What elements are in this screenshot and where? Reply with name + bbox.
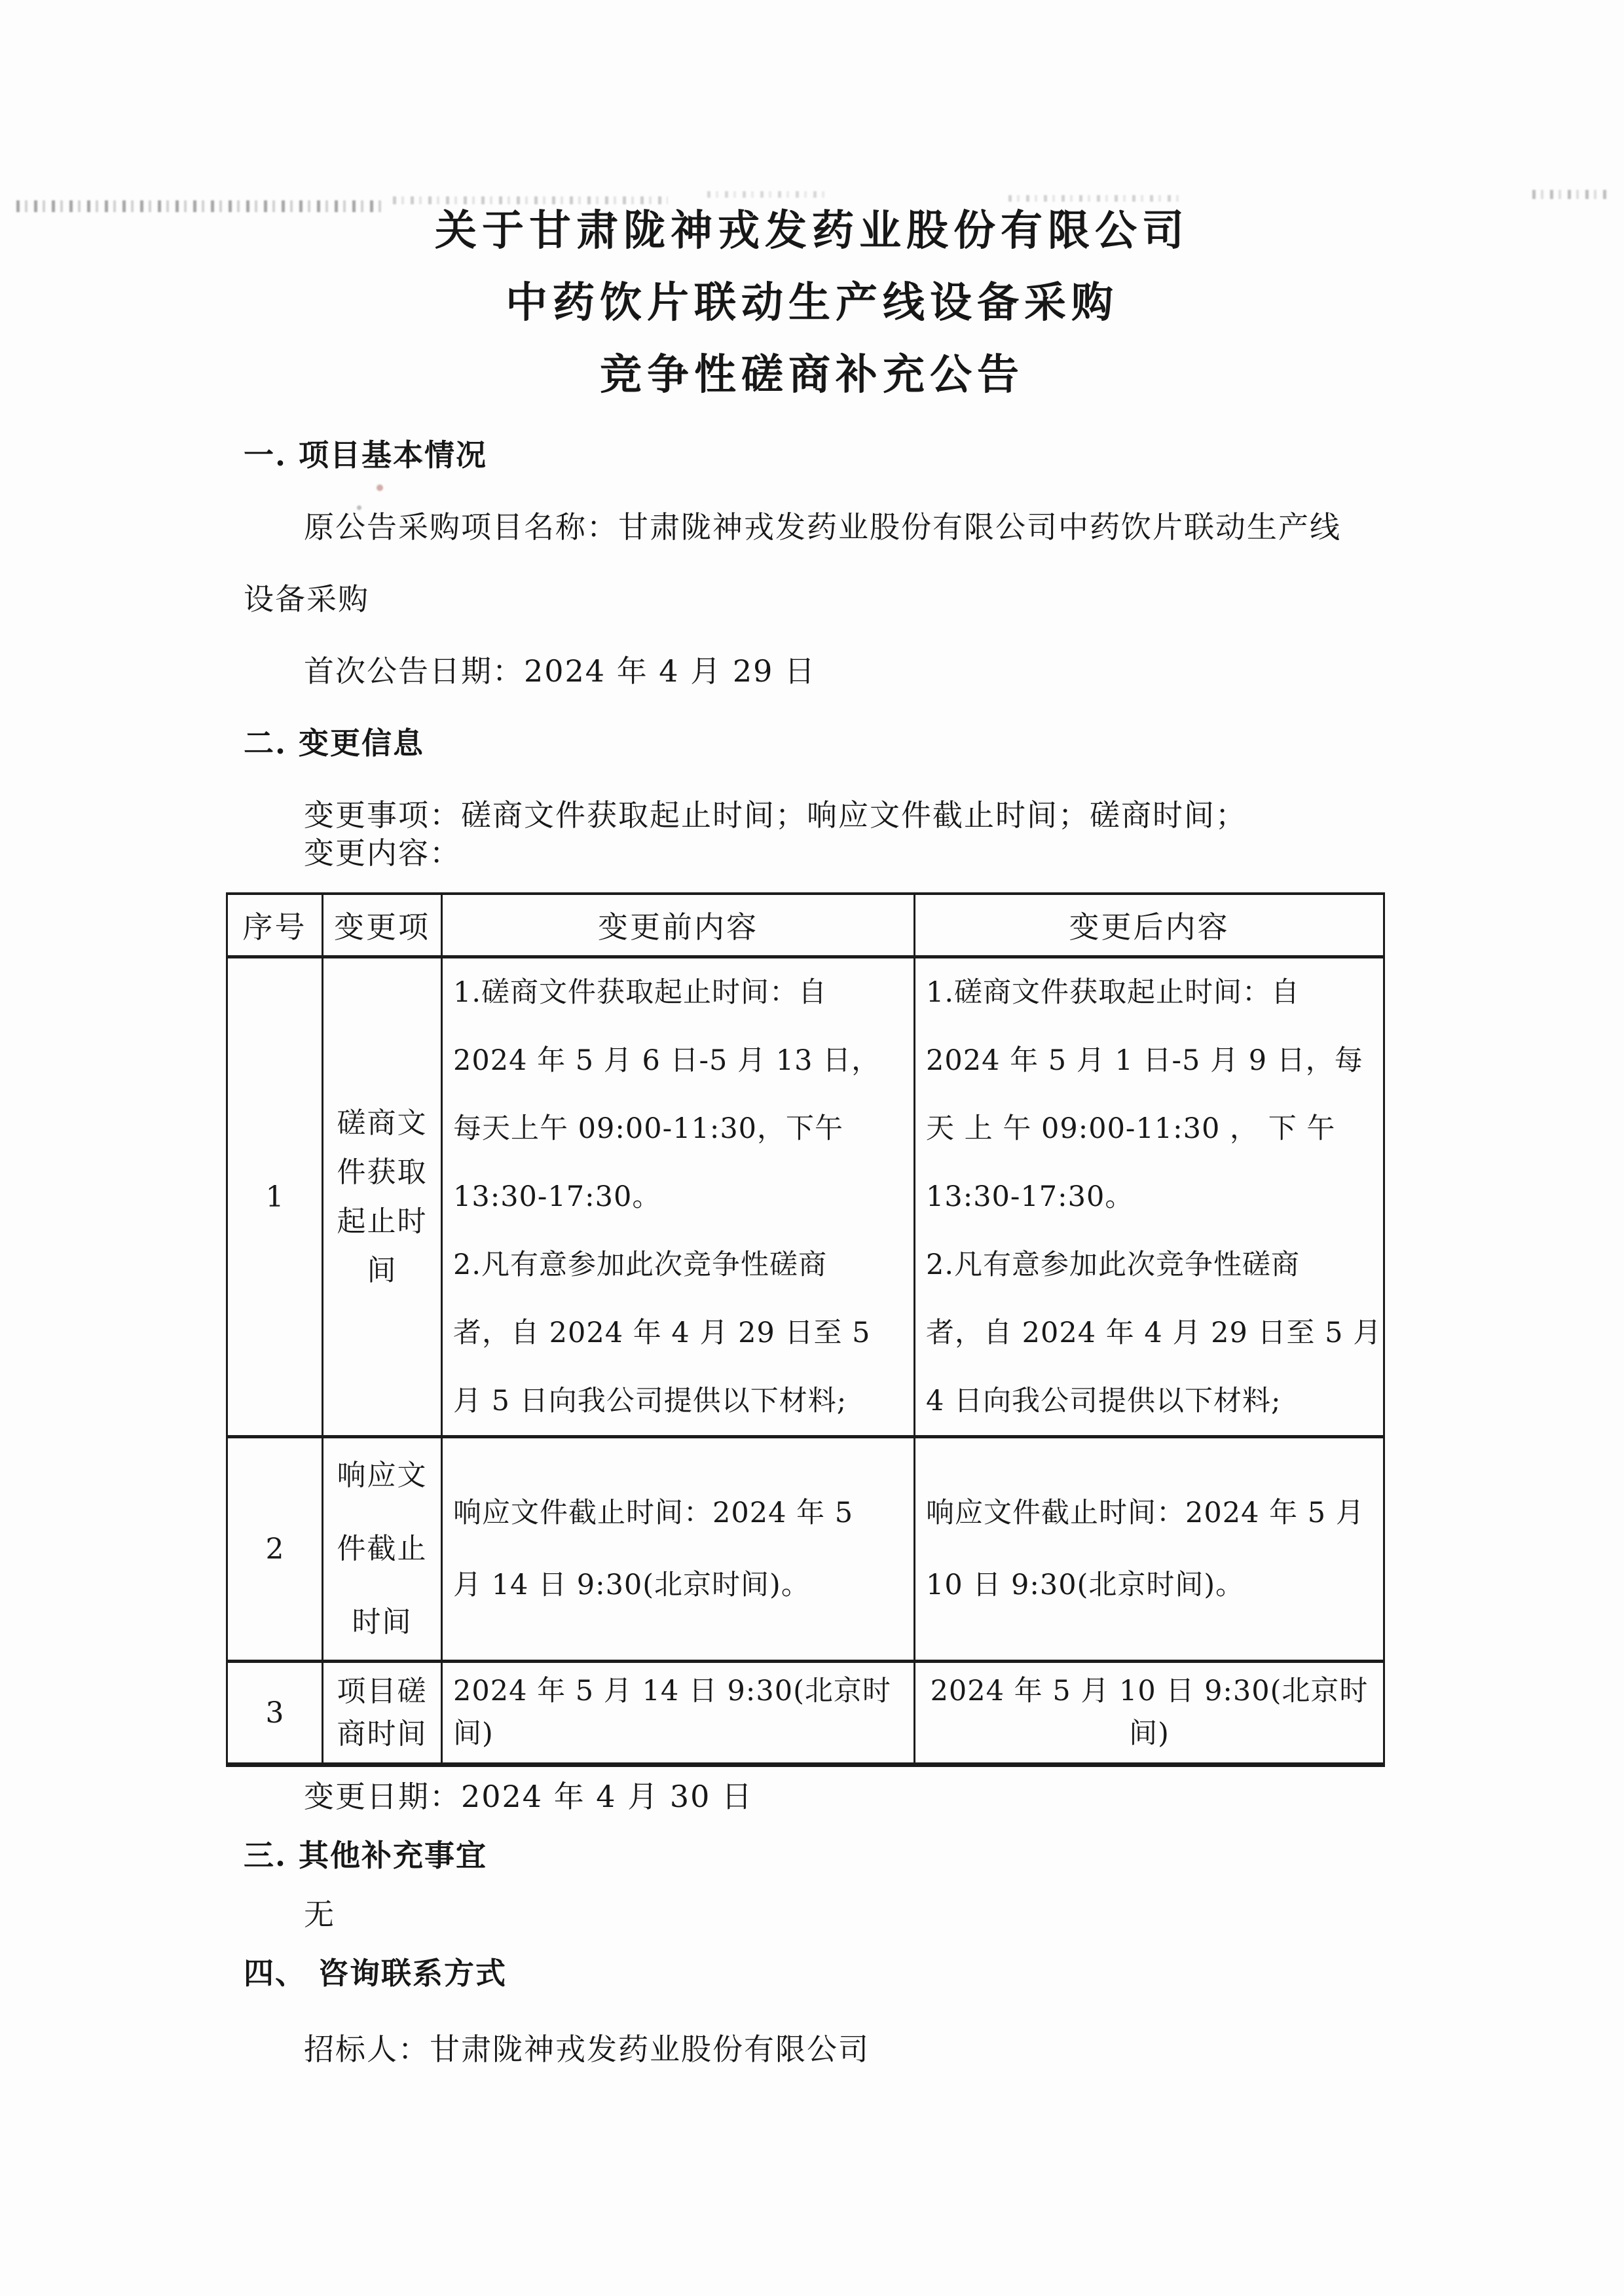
- document-page: 关于甘肃陇神戎发药业股份有限公司 中药饮片联动生产线设备采购 竞争性磋商补充公告…: [0, 0, 1624, 2296]
- section-1-heading: 一. 项目基本情况: [244, 419, 1624, 491]
- section-2-heading: 二. 变更信息: [244, 707, 1624, 779]
- table-row: 3 项目磋 商时间 2024 年 5 月 14 日 9:30(北京时 间) 20…: [227, 1662, 1384, 1765]
- row1-no: 1: [227, 957, 323, 1437]
- change-table: 序号 变更项 变更前内容 变更后内容 1 磋商文 件获取 起止时 间 1.磋商文…: [226, 892, 1385, 1767]
- table-row: 2 响应文 件截止 时间 响应文件截止时间：2024 年 5 月 14 日 9:…: [227, 1437, 1384, 1662]
- row2-item: 响应文 件截止 时间: [323, 1437, 442, 1662]
- header-cell-item: 变更项: [323, 894, 442, 957]
- row3-before-content: 2024 年 5 月 14 日 9:30(北京时 间): [442, 1662, 915, 1765]
- section-3-heading: 三. 其他补充事宜: [244, 1826, 1624, 1885]
- change-date: 变更日期：2024 年 4 月 30 日: [304, 1767, 1624, 1826]
- header-cell-no: 序号: [227, 894, 323, 957]
- row1-before-content: 1.磋商文件获取起止时间：自 2024 年 5 月 6 日-5 月 13 日， …: [442, 957, 915, 1437]
- document-title: 关于甘肃陇神戎发药业股份有限公司 中药饮片联动生产线设备采购 竞争性磋商补充公告: [0, 0, 1624, 411]
- table-row: 1 磋商文 件获取 起止时 间 1.磋商文件获取起止时间：自 2024 年 5 …: [227, 957, 1384, 1437]
- section-3-none: 无: [304, 1885, 1624, 1944]
- title-line-2: 中药饮片联动生产线设备采购: [0, 267, 1624, 339]
- row1-item: 磋商文 件获取 起止时 间: [323, 957, 442, 1437]
- section-4-heading: 四、 咨询联系方式: [244, 1944, 1624, 2003]
- first-announcement-date: 首次公告日期：2024 年 4 月 29 日: [304, 635, 1624, 707]
- title-line-1: 关于甘肃陇神戎发药业股份有限公司: [0, 195, 1624, 267]
- row2-after-content: 响应文件截止时间：2024 年 5 月 10 日 9:30(北京时间)。: [915, 1437, 1384, 1662]
- table-header-row: 序号 变更项 变更前内容 变更后内容: [227, 894, 1384, 957]
- row3-no: 3: [227, 1662, 323, 1765]
- row3-after-content: 2024 年 5 月 10 日 9:30(北京时 间): [915, 1662, 1384, 1765]
- row2-no: 2: [227, 1437, 323, 1662]
- row1-after-content: 1.磋商文件获取起止时间：自 2024 年 5 月 1 日-5 月 9 日，每 …: [915, 957, 1384, 1437]
- title-line-3: 竞争性磋商补充公告: [0, 339, 1624, 411]
- tenderer-line: 招标人：甘肃陇神戎发药业股份有限公司: [304, 2020, 1624, 2079]
- row3-item: 项目磋 商时间: [323, 1662, 442, 1765]
- project-name-line-1: 原公告采购项目名称：甘肃陇神戎发药业股份有限公司中药饮片联动生产线: [304, 491, 1624, 563]
- header-cell-after: 变更后内容: [915, 894, 1384, 957]
- project-name-line-2: 设备采购: [244, 563, 1624, 635]
- header-cell-before: 变更前内容: [442, 894, 915, 957]
- row2-before-content: 响应文件截止时间：2024 年 5 月 14 日 9:30(北京时间)。: [442, 1437, 915, 1662]
